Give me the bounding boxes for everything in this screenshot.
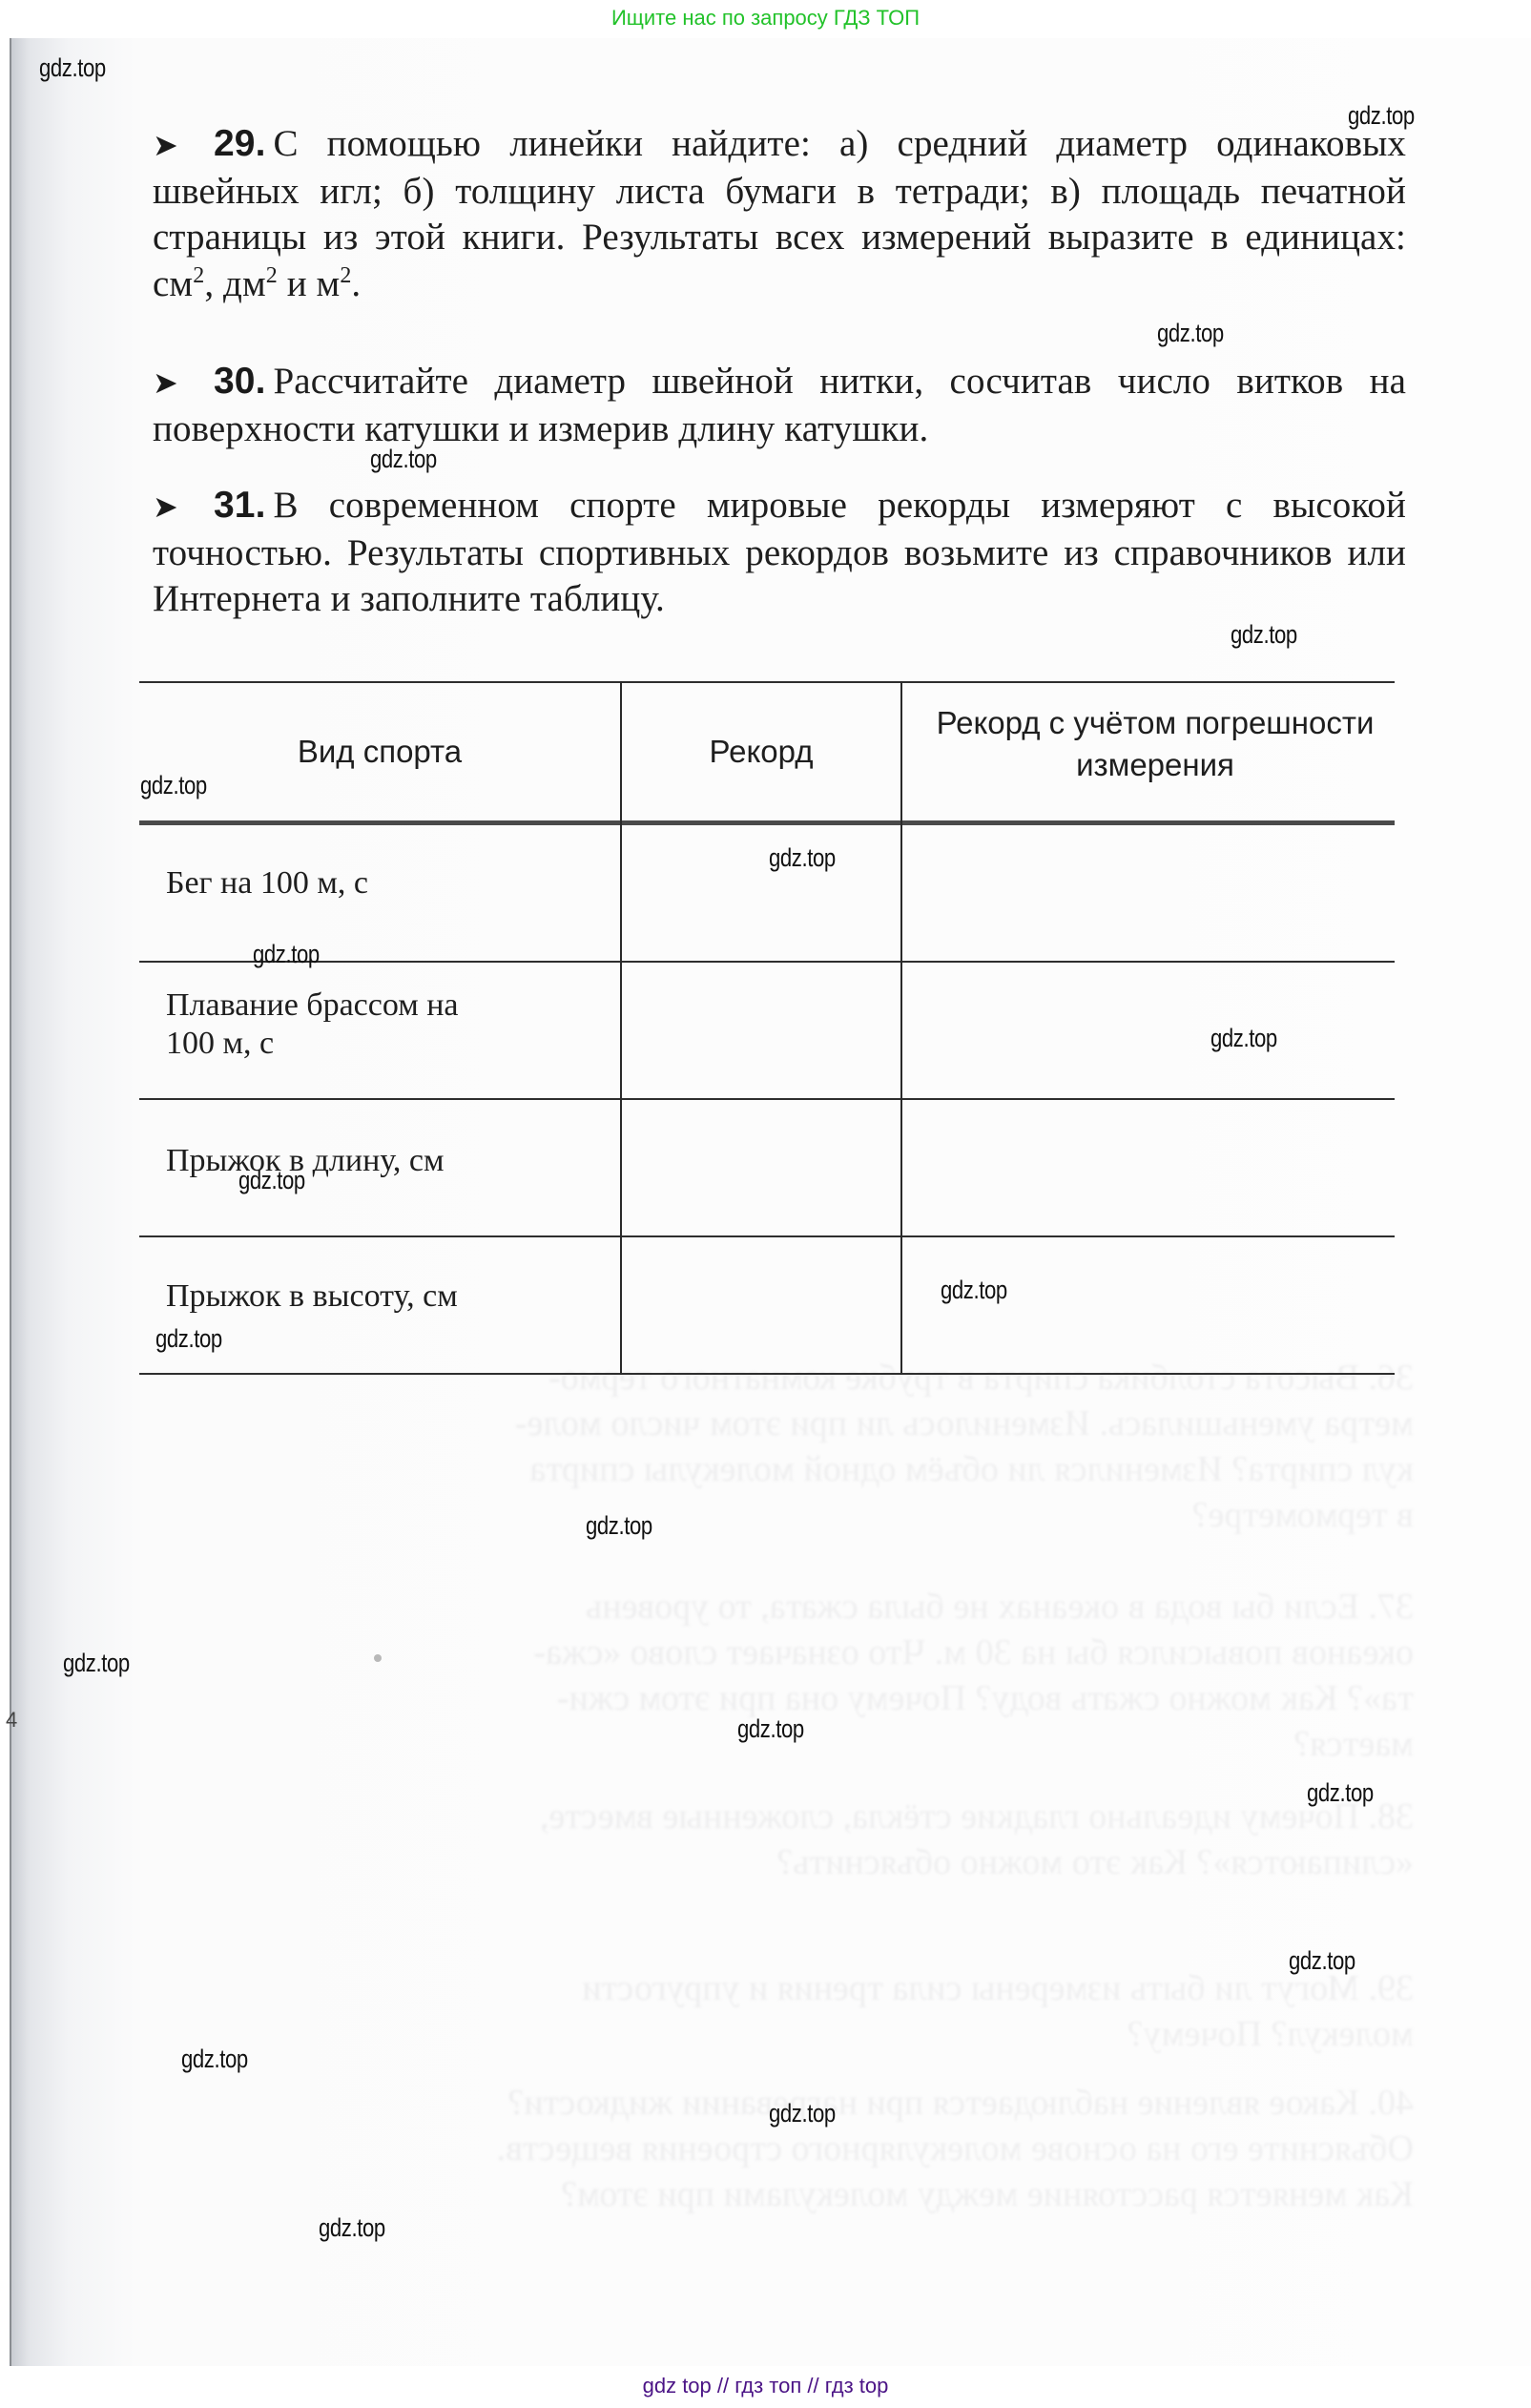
record-with-error-cell[interactable]	[902, 825, 1395, 961]
watermark: gdz.top	[769, 843, 836, 873]
watermark: gdz.top	[319, 2213, 385, 2243]
table-top-rule	[139, 681, 1395, 683]
bleed-through-line: молекул? Почему?	[155, 2011, 1414, 2057]
watermark: gdz.top	[1348, 101, 1415, 131]
record-cell[interactable]	[622, 1100, 900, 1235]
problem-30: ➤30.Рассчитайте диаметр швейной нитки, с…	[153, 359, 1406, 452]
bleed-through-line: метра уменьшилась. Изменилось ли при это…	[155, 1401, 1414, 1446]
arrow-right-icon: ➤	[153, 122, 214, 169]
problem-number: 29.	[214, 123, 266, 164]
row-sport-label: Плавание брассом на 100 м, с	[166, 986, 481, 1063]
bleed-through-line: 38. Почему идеально гладкие стёкла, слож…	[155, 1794, 1414, 1839]
problem-29: ➤29.С помощью линейки найдите: а) средни…	[153, 121, 1406, 307]
watermark: gdz.top	[63, 1649, 130, 1678]
record-with-error-cell[interactable]	[902, 1100, 1395, 1235]
watermark: gdz.top	[181, 2045, 248, 2074]
top-search-banner-link[interactable]: Ищите нас по запросу ГДЗ ТОП	[0, 0, 1531, 38]
watermark: gdz.top	[769, 2099, 836, 2128]
header-record: Рекорд	[622, 731, 900, 773]
header-record-with-error: Рекорд с учётом погрешности измерения	[931, 702, 1379, 786]
bleed-through-line: океанов повысился бы на 30 м. Что означа…	[155, 1630, 1414, 1675]
watermark: gdz.top	[1307, 1778, 1374, 1808]
bleed-through-line: «слипаются»? Как это можно объяснить?	[155, 1839, 1414, 1885]
watermark: gdz.top	[737, 1714, 804, 1744]
watermark: gdz.top	[1231, 620, 1297, 650]
watermark: gdz.top	[586, 1511, 652, 1541]
row-sport-label: Прыжок в высоту, см	[166, 1277, 614, 1316]
row-sport-label: Бег на 100 м, с	[166, 864, 614, 903]
bleed-through-line: Как меняется расстояние между молекулами…	[155, 2171, 1414, 2217]
watermark: gdz.top	[1210, 1024, 1277, 1053]
bleed-through-line: 39. Могут ли быть измерены сила трения и…	[155, 1965, 1414, 2011]
page-edge-mark: 4	[6, 1708, 17, 1733]
watermark: gdz.top	[370, 445, 437, 474]
watermark: gdz.top	[253, 940, 320, 969]
arrow-right-icon: ➤	[153, 360, 214, 406]
problem-text: Рассчитайте диаметр швейной нитки, сосчи…	[153, 361, 1406, 449]
bleed-through-line: Объясните его на основе молекулярного ст…	[155, 2126, 1414, 2171]
watermark: gdz.top	[941, 1276, 1007, 1305]
bleed-through-line: 37. Если бы вода в океанах не была сжата…	[155, 1584, 1414, 1630]
watermark: gdz.top	[1289, 1946, 1355, 1976]
watermark: gdz.top	[39, 53, 106, 83]
watermark: gdz.top	[140, 771, 207, 800]
scan-speck	[374, 1654, 382, 1662]
record-cell[interactable]	[622, 963, 900, 1098]
watermark: gdz.top	[155, 1324, 222, 1354]
bleed-through-line: в термометре?	[155, 1492, 1414, 1538]
record-with-error-cell[interactable]	[902, 1237, 1395, 1373]
bleed-through-line: кул спирта? Изменился ли объём одной мол…	[155, 1446, 1414, 1492]
header-sport: Вид спорта	[139, 731, 620, 773]
problem-text: С помощью линейки найдите: а) средний ди…	[153, 123, 1406, 304]
problem-text: В современном спорте мировые рекорды изм…	[153, 485, 1406, 619]
watermark: gdz.top	[1157, 319, 1224, 348]
arrow-right-icon: ➤	[153, 484, 214, 530]
problem-number: 30.	[214, 361, 266, 402]
record-cell[interactable]	[622, 825, 900, 961]
row-sport-label: Прыжок в длину, см	[166, 1142, 614, 1180]
table-bottom-rule	[139, 1373, 1395, 1375]
footer-links[interactable]: gdz top // гдз топ // гдз top	[0, 2374, 1531, 2398]
problem-number: 31.	[214, 485, 266, 526]
record-with-error-cell[interactable]	[902, 963, 1395, 1098]
watermark: gdz.top	[238, 1166, 305, 1195]
problem-31: ➤31.В современном спорте мировые рекорды…	[153, 483, 1406, 623]
record-cell[interactable]	[622, 1237, 900, 1373]
